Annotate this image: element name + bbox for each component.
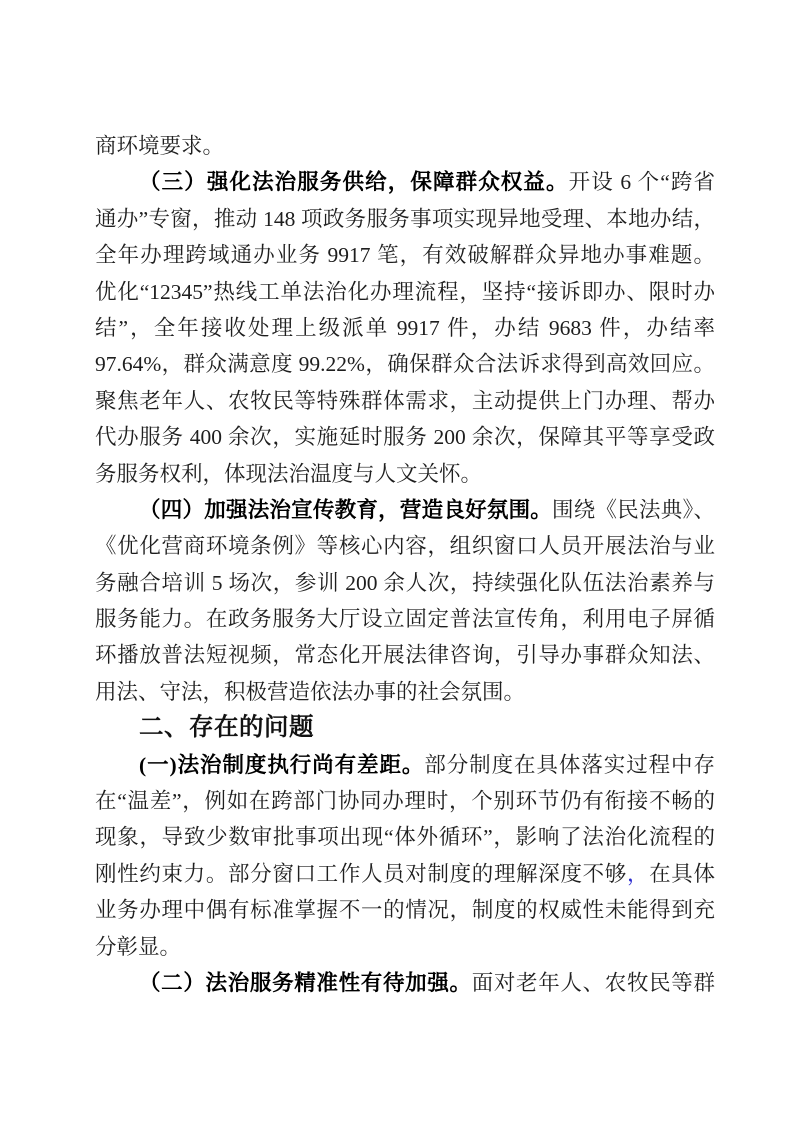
- body-line: 业务办理中偶有标准掌握不一的情况，制度的权威性未能得到充: [95, 892, 715, 928]
- body-text: 97.64%，群众满意度 99.22%，确保群众合法诉求得到高效回应。: [95, 352, 715, 376]
- body-text: 商环境要求。: [95, 134, 224, 158]
- revision-comma: ，: [627, 862, 649, 886]
- body-text: 务融合培训 5 场次，参训 200 余人次，持续强化队伍法治素养与: [95, 571, 715, 595]
- body-text: 《优化营商环境条例》等核心内容，组织窗口人员开展法治与业: [95, 534, 715, 558]
- body-line: 聚焦老年人、农牧民等特殊群体需求，主动提供上门办理、帮办: [95, 383, 715, 419]
- body-text: 刚性约束力。部分窗口工作人员对制度的理解深度不够: [95, 862, 627, 886]
- section-heading-text: 二、存在的问题: [139, 714, 314, 741]
- body-text: 环播放普法短视频，常态化开展法律咨询，引导办事群众知法、: [95, 643, 715, 667]
- body-line: 刚性约束力。部分窗口工作人员对制度的理解深度不够，在具体: [95, 856, 715, 892]
- body-line: 现象，导致少数审批事项出现“体外循环”，影响了法治化流程的: [95, 819, 715, 855]
- body-line: 务融合培训 5 场次，参训 200 余人次，持续强化队伍法治素养与: [95, 565, 715, 601]
- body-text: 优化“12345”热线工单法治化办理流程，坚持“接诉即办、限时办: [95, 280, 715, 304]
- subsection-heading-text: （三）强化法治服务供给，保障群众权益。: [139, 170, 569, 194]
- body-text: 面对老年人、农牧民等群: [472, 971, 715, 995]
- subsection-heading-line-3: （三）强化法治服务供给，保障群众权益。开设 6 个“跨省: [95, 164, 715, 200]
- body-line: 服务能力。在政务服务大厅设立固定普法宣传角，利用电子屏循: [95, 601, 715, 637]
- subsection-heading-line-1: (一)法治制度执行尚有差距。部分制度在具体落实过程中存: [95, 747, 715, 783]
- subsection-heading-text: (一)法治制度执行尚有差距。: [139, 753, 424, 777]
- body-text: 聚焦老年人、农牧民等特殊群体需求，主动提供上门办理、帮办: [95, 389, 715, 413]
- body-line: 商环境要求。: [95, 128, 715, 164]
- body-line: 在“温差”，例如在跨部门协同办理时，个别环节仍有衔接不畅的: [95, 783, 715, 819]
- subsection-heading-text: （四）加强法治宣传教育，营造良好氛围。: [139, 498, 552, 522]
- document-body: 商环境要求。（三）强化法治服务供给，保障群众权益。开设 6 个“跨省通办”专窗，…: [95, 128, 715, 1001]
- subsection-heading-line-2: （二）法治服务精准性有待加强。面对老年人、农牧民等群: [95, 965, 715, 1001]
- body-text: 部分制度在具体落实过程中存: [424, 753, 715, 777]
- body-line: 全年办理跨域通办业务 9917 笔，有效破解群众异地办事难题。: [95, 237, 715, 273]
- subsection-heading-line-4: （四）加强法治宣传教育，营造良好氛围。围绕《民法典》、: [95, 492, 715, 528]
- body-line: 代办服务 400 余次，实施延时服务 200 余次，保障其平等享受政: [95, 419, 715, 455]
- body-line: 分彰显。: [95, 929, 715, 965]
- body-text: 现象，导致少数审批事项出现“体外循环”，影响了法治化流程的: [95, 825, 715, 849]
- body-line: 优化“12345”热线工单法治化办理流程，坚持“接诉即办、限时办: [95, 274, 715, 310]
- body-text: 围绕《民法典》、: [552, 498, 715, 522]
- section-heading-2: 二、存在的问题: [95, 710, 715, 746]
- body-text: 在“温差”，例如在跨部门协同办理时，个别环节仍有衔接不畅的: [95, 789, 715, 813]
- body-text: 用法、守法，积极营造依法办事的社会氛围。: [95, 680, 525, 704]
- body-line: 环播放普法短视频，常态化开展法律咨询，引导办事群众知法、: [95, 637, 715, 673]
- body-text: 务服务权利，体现法治温度与人文关怀。: [95, 462, 482, 486]
- body-line: 97.64%，群众满意度 99.22%，确保群众合法诉求得到高效回应。: [95, 346, 715, 382]
- subsection-heading-text: （二）法治服务精准性有待加强。: [139, 971, 472, 995]
- body-line: 用法、守法，积极营造依法办事的社会氛围。: [95, 674, 715, 710]
- body-text: 在具体: [649, 862, 715, 886]
- body-line: 通办”专窗，推动 148 项政务服务事项实现异地受理、本地办结，: [95, 201, 715, 237]
- body-text: 全年办理跨域通办业务 9917 笔，有效破解群众异地办事难题。: [95, 243, 715, 267]
- body-text: 服务能力。在政务服务大厅设立固定普法宣传角，利用电子屏循: [95, 607, 715, 631]
- body-text: 分彰显。: [95, 935, 181, 959]
- body-text: 代办服务 400 余次，实施延时服务 200 余次，保障其平等享受政: [95, 425, 715, 449]
- body-line: 结”，全年接收处理上级派单 9917 件，办结 9683 件，办结率: [95, 310, 715, 346]
- body-line: 务服务权利，体现法治温度与人文关怀。: [95, 456, 715, 492]
- body-text: 通办”专窗，推动 148 项政务服务事项实现异地受理、本地办结，: [95, 207, 715, 231]
- body-text: 业务办理中偶有标准掌握不一的情况，制度的权威性未能得到充: [95, 898, 715, 922]
- body-text: 结”，全年接收处理上级派单 9917 件，办结 9683 件，办结率: [95, 316, 715, 340]
- document-page: 商环境要求。（三）强化法治服务供给，保障群众权益。开设 6 个“跨省通办”专窗，…: [0, 0, 793, 1122]
- body-line: 《优化营商环境条例》等核心内容，组织窗口人员开展法治与业: [95, 528, 715, 564]
- body-text: 开设 6 个“跨省: [569, 170, 715, 194]
